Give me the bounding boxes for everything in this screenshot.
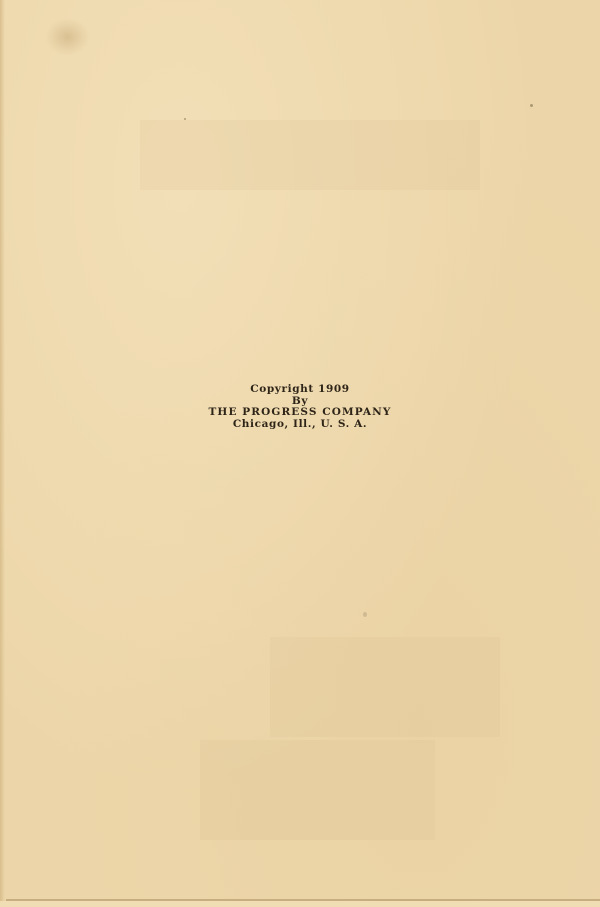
show-through-block — [270, 637, 500, 737]
copyright-imprint: Copyright 1909 By THE PROGRESS COMPANY C… — [0, 384, 600, 430]
foxing-stain — [45, 18, 90, 56]
paper-speck — [363, 612, 367, 617]
book-page: Copyright 1909 By THE PROGRESS COMPANY C… — [0, 0, 600, 907]
paper-speck — [530, 104, 533, 107]
show-through-block — [200, 740, 435, 840]
publisher-location: Chicago, Ill., U. S. A. — [0, 419, 600, 431]
page-left-edge — [0, 0, 5, 907]
copyright-line: Copyright 1909 — [0, 384, 600, 396]
publisher-name: THE PROGRESS COMPANY — [0, 407, 600, 419]
page-bottom-strip — [0, 901, 600, 907]
show-through-block — [140, 120, 480, 190]
